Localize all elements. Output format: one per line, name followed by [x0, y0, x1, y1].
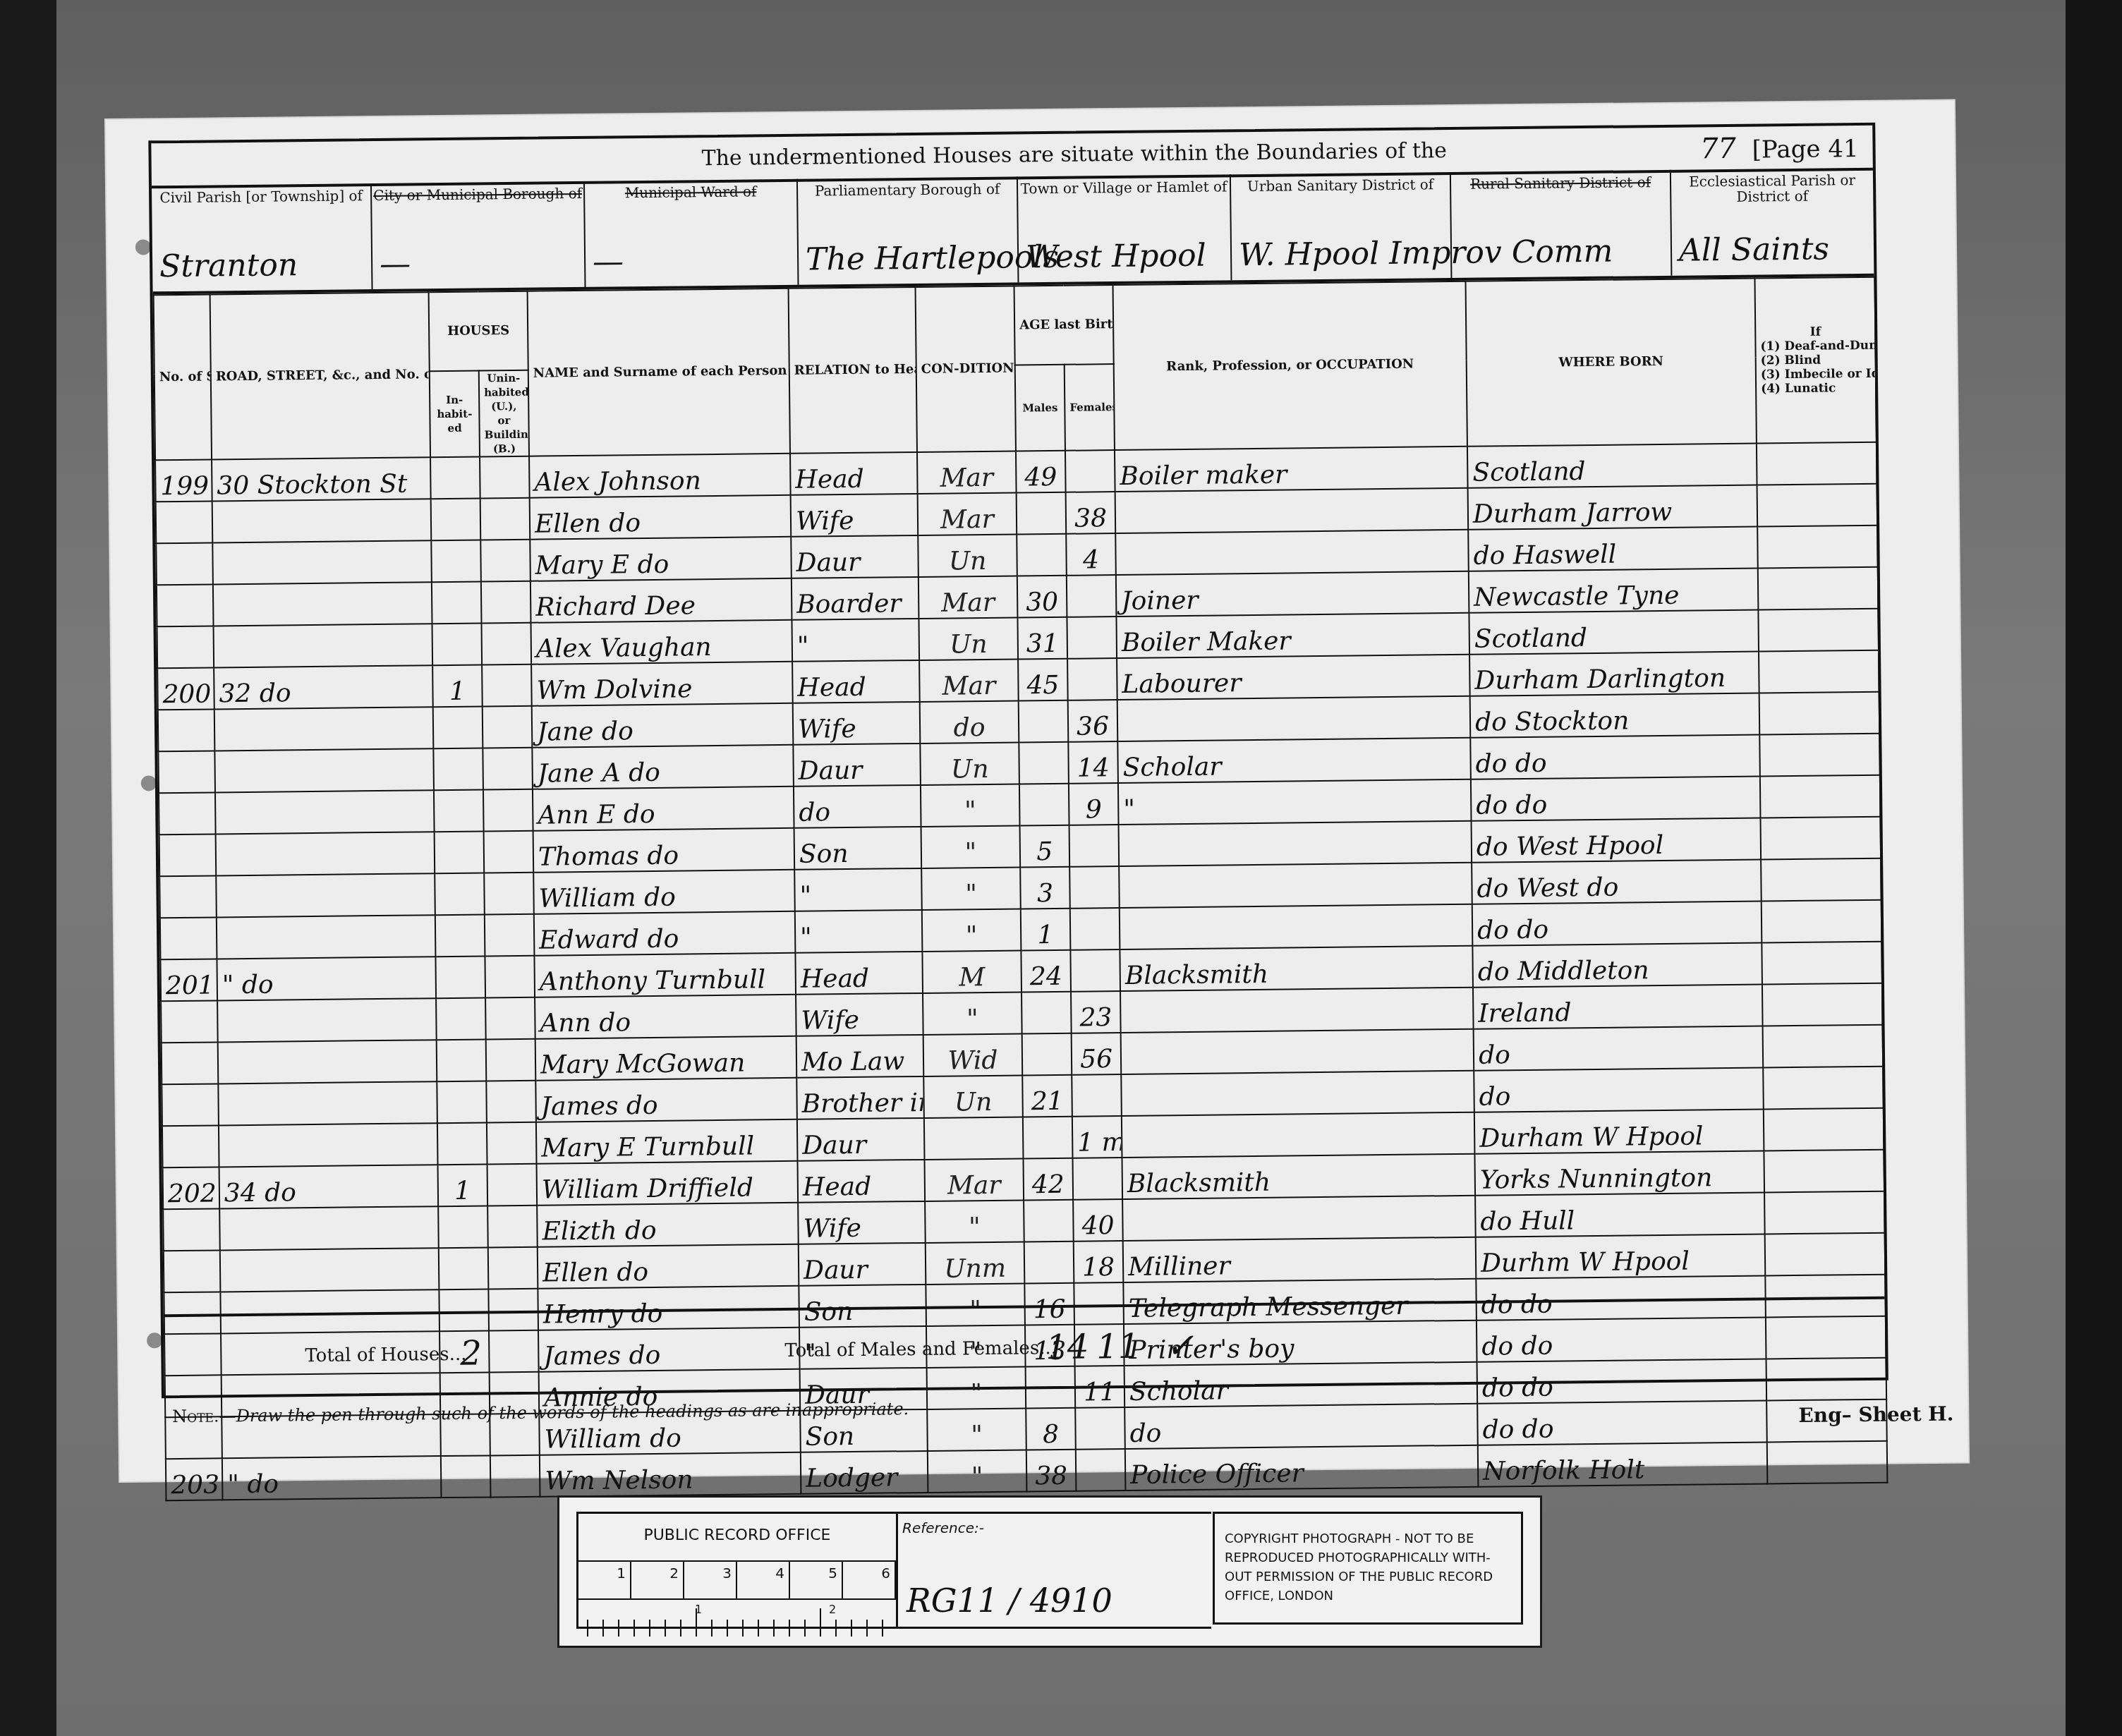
page-label: [Page 41	[1752, 135, 1859, 164]
cell-male: 45	[1018, 659, 1068, 701]
cell-condition: "	[927, 1408, 1026, 1450]
cell-female	[1070, 949, 1120, 992]
cell-inhabited	[437, 1122, 487, 1165]
cell-schedule	[160, 917, 217, 959]
cell-condition: Un	[920, 742, 1019, 784]
cell-condition: Wid	[923, 1033, 1023, 1076]
cell-condition: "	[921, 784, 1020, 826]
cell-uninhabited	[487, 1164, 538, 1206]
cell-inhabited	[433, 706, 483, 748]
cell-female: 40	[1073, 1199, 1123, 1242]
cell-condition: "	[928, 1450, 1027, 1492]
cell-uninhabited	[483, 706, 533, 748]
cell-inhabited	[437, 1039, 487, 1081]
cell-name: William do	[533, 870, 795, 914]
cell-born: Yorks Nunnington	[1474, 1151, 1764, 1195]
cell-male	[1019, 742, 1069, 784]
cell-male	[1024, 1200, 1074, 1242]
cell-born: do do	[1477, 1400, 1767, 1445]
cell-born: Durham W Hpool	[1474, 1109, 1764, 1153]
cell-born: do do	[1471, 776, 1761, 820]
cell-uninhabited	[484, 831, 534, 873]
cell-uninhabited	[486, 1039, 536, 1081]
cell-uninhabited	[481, 581, 531, 624]
check-mark-icon: ✓	[1165, 1326, 1194, 1366]
cell-female	[1069, 866, 1120, 909]
col-males: Males	[1015, 365, 1065, 451]
cell-inhabited: 1	[432, 664, 483, 707]
ruler-tick	[665, 1620, 666, 1637]
cell-born: do Hull	[1475, 1192, 1765, 1237]
cell-male	[1022, 1033, 1072, 1076]
cell-name: Richard Dee	[530, 578, 792, 623]
ruler-tick	[835, 1620, 837, 1637]
cell-inhabited	[431, 540, 481, 582]
cell-name: Jane A do	[532, 745, 794, 789]
cell-road	[213, 582, 432, 626]
cell-male: 8	[1026, 1408, 1076, 1450]
cell-name: Anthony Turnbull	[534, 953, 796, 997]
boundary-parliamentary-borough: Parliamentary Borough of The Hartlepools	[798, 176, 1019, 284]
ruler-tick	[820, 1608, 821, 1637]
col-age: AGE last Birthday of	[1014, 285, 1114, 365]
col-name: NAME and Surname of each Person	[528, 289, 790, 456]
cell-uninhabited	[483, 789, 533, 832]
page-title: The undermentioned Houses are situate wi…	[701, 138, 1447, 171]
cell-name: Mary E Turnbull	[536, 1119, 798, 1164]
boundaries-row: Civil Parish [or Township] of Stranton C…	[152, 168, 1874, 295]
col-houses: HOUSES	[429, 291, 528, 371]
punch-hole-icon	[147, 1333, 162, 1348]
cell-relation: Daur	[793, 743, 921, 787]
col-inhabited: In-habit-ed	[430, 370, 480, 457]
ruler-tick	[696, 1608, 697, 1637]
cell-female: 9	[1069, 783, 1119, 825]
cell-condition: Un	[918, 535, 1017, 577]
cell-occupation: Scholar	[1117, 738, 1471, 783]
cell-male: 38	[1026, 1450, 1077, 1492]
cell-schedule	[162, 1084, 219, 1126]
cell-born: do do	[1472, 901, 1762, 945]
cell-uninhabited	[490, 1455, 540, 1498]
col-condition: CON-DITION as to Marriage	[916, 286, 1016, 452]
cell-born: do	[1474, 1026, 1764, 1070]
cell-name: Ellen do	[530, 495, 792, 540]
ruler-tick	[587, 1620, 588, 1637]
cell-born: Norfolk Holt	[1478, 1442, 1768, 1486]
punch-hole-icon	[141, 775, 157, 791]
cell-infirmity	[1760, 775, 1881, 818]
cell-road	[214, 707, 434, 751]
cell-infirmity	[1758, 609, 1879, 652]
cell-infirmity	[1757, 442, 1877, 485]
cell-schedule	[163, 1208, 220, 1251]
cell-schedule	[158, 709, 215, 751]
cell-female	[1069, 825, 1120, 867]
cell-inhabited	[431, 498, 481, 540]
cell-schedule: 200	[157, 667, 214, 710]
cell-relation: "	[794, 868, 922, 911]
folio-number: 77	[1700, 133, 1736, 166]
cell-inhabited	[435, 914, 485, 957]
cell-road	[216, 873, 435, 917]
cell-infirmity	[1763, 1025, 1884, 1068]
cell-inhabited	[435, 873, 485, 915]
ruler-tick	[680, 1620, 681, 1637]
cell-infirmity	[1757, 484, 1878, 527]
cell-uninhabited	[487, 1122, 537, 1165]
header-row: No. of Schedule ROAD, STREET, &c., and N…	[154, 277, 1876, 375]
cell-inhabited	[433, 748, 483, 790]
cell-occupation: Boiler maker	[1115, 447, 1468, 492]
cell-name: Ann do	[535, 995, 796, 1039]
cell-occupation	[1119, 863, 1472, 908]
cell-uninhabited	[480, 498, 530, 540]
cell-road	[219, 1123, 438, 1167]
cell-female: 18	[1074, 1241, 1124, 1283]
cell-occupation	[1115, 530, 1469, 575]
cell-occupation	[1122, 1196, 1476, 1241]
cell-road	[220, 1248, 439, 1292]
cell-inhabited	[432, 581, 482, 624]
cell-condition: "	[921, 825, 1021, 868]
cell-schedule	[164, 1250, 221, 1292]
reference-panel: Reference:- RG11 / 4910	[894, 1512, 1211, 1629]
ruler-tick	[727, 1620, 728, 1637]
cell-road: 30 Stockton St	[212, 457, 431, 501]
cell-infirmity	[1767, 1441, 1888, 1484]
scan-border-left	[0, 0, 56, 1736]
total-houses-label: Total of Houses...	[305, 1344, 466, 1366]
cell-occupation: Joiner	[1116, 571, 1469, 617]
cell-male	[1017, 492, 1067, 535]
cell-condition: Mar	[925, 1158, 1024, 1201]
cell-condition: Unm	[926, 1242, 1025, 1284]
cell-male: 24	[1021, 950, 1071, 993]
cell-uninhabited	[488, 1247, 538, 1289]
cell-relation: Wife	[793, 702, 921, 745]
cell-uninhabited	[482, 623, 532, 665]
total-females-value: 11	[1096, 1327, 1140, 1367]
cell-infirmity	[1763, 1067, 1884, 1110]
cell-male	[1024, 1242, 1074, 1284]
cell-condition: Un	[918, 618, 1018, 660]
cell-infirmity	[1764, 1108, 1884, 1151]
cell-uninhabited	[485, 956, 535, 998]
ruler-tick	[866, 1620, 868, 1637]
cell-name: Mary McGowan	[535, 1036, 797, 1081]
cell-male	[1019, 784, 1069, 826]
ruler-tick	[742, 1620, 744, 1637]
cell-road	[214, 624, 433, 667]
cell-name: Jane do	[532, 703, 794, 748]
cell-female: 14	[1068, 741, 1118, 784]
office-name: PUBLIC RECORD OFFICE	[578, 1514, 896, 1562]
cell-born: do Middleton	[1472, 942, 1762, 987]
cell-road	[212, 499, 432, 542]
cell-schedule	[161, 1000, 218, 1043]
cell-relation: Mo Law	[796, 1035, 924, 1078]
cell-condition: Mar	[918, 493, 1017, 535]
copyright-notice: COPYRIGHT PHOTOGRAPH - NOT TO BE REPRODU…	[1213, 1512, 1523, 1625]
boundary-ecclesiastical-parish: Ecclesiastical Parish or District of All…	[1671, 168, 1874, 276]
cell-uninhabited	[483, 748, 533, 790]
cell-condition: Mar	[918, 576, 1018, 619]
cell-female	[1075, 1407, 1125, 1450]
cell-occupation	[1117, 696, 1471, 741]
ruler-inches: 1 2	[578, 1600, 896, 1637]
cell-male: 42	[1024, 1158, 1074, 1201]
boundary-municipal-ward: Municipal Ward of —	[585, 179, 799, 287]
cell-road: 34 do	[219, 1165, 439, 1208]
cell-born: Durham Jarrow	[1468, 485, 1758, 530]
cell-infirmity	[1759, 734, 1880, 777]
cell-relation: Wife	[798, 1201, 926, 1244]
cell-inhabited	[439, 1247, 489, 1289]
cell-infirmity	[1761, 858, 1881, 902]
boundary-rural-sanitary: Rural Sanitary District of	[1451, 170, 1673, 278]
cell-inhabited	[436, 997, 486, 1040]
cell-female	[1067, 617, 1117, 659]
cell-uninhabited	[486, 1081, 536, 1123]
cell-occupation	[1122, 1112, 1475, 1158]
cell-relation: "	[795, 910, 923, 953]
cell-inhabited	[441, 1455, 491, 1498]
cell-female	[1073, 1158, 1123, 1200]
cell-infirmity	[1761, 817, 1881, 860]
cell-male: 30	[1017, 576, 1067, 618]
cell-relation: Lodger	[801, 1451, 928, 1494]
cell-occupation	[1115, 488, 1469, 533]
cell-name: Ellen do	[538, 1244, 799, 1289]
cell-occupation	[1120, 904, 1473, 949]
cell-occupation: Blacksmith	[1122, 1154, 1476, 1199]
reference-label: Reference:-	[902, 1519, 984, 1536]
col-infirmity: If (1) Deaf-and-Dumb (2) Blind (3) Imbec…	[1755, 277, 1877, 444]
cell-occupation: Labourer	[1117, 655, 1470, 700]
cell-name: Thomas do	[533, 828, 795, 873]
cell-born: Durhm W Hpool	[1476, 1234, 1766, 1278]
cell-condition: "	[921, 867, 1021, 909]
cell-infirmity	[1762, 983, 1883, 1026]
cell-road	[219, 1206, 439, 1250]
census-sheet: The undermentioned Houses are situate wi…	[106, 101, 1968, 1481]
cell-road	[214, 748, 434, 792]
cell-born: do	[1474, 1067, 1764, 1112]
cell-schedule	[156, 501, 213, 543]
cell-relation: Daur	[791, 535, 918, 578]
cell-schedule	[157, 626, 214, 668]
cell-schedule	[162, 1125, 219, 1167]
cell-relation: Daur	[799, 1243, 926, 1286]
cell-condition: do	[920, 700, 1019, 743]
cell-occupation: "	[1118, 779, 1472, 825]
cell-infirmity	[1758, 567, 1879, 610]
cell-schedule: 199	[155, 459, 212, 502]
cell-name: Edward do	[534, 911, 796, 956]
cell-born: do Stockton	[1470, 693, 1760, 738]
cell-condition	[924, 1117, 1024, 1159]
cell-male: 1	[1021, 909, 1071, 951]
cell-born: do do	[1470, 734, 1760, 779]
page-number: 77 [Page 41	[1700, 131, 1859, 165]
cell-name: Alex Vaughan	[531, 620, 793, 664]
cell-relation: Brother in Law	[796, 1076, 924, 1119]
cell-relation: "	[792, 619, 919, 662]
cell-name: William Driffield	[537, 1161, 799, 1206]
ruler-tick	[602, 1620, 604, 1637]
cell-male: 5	[1020, 825, 1070, 868]
cell-name: Wm Nelson	[540, 1452, 801, 1497]
ruler-tick	[633, 1620, 635, 1637]
cell-road	[215, 790, 435, 834]
cell-born: Durham Darlington	[1469, 652, 1759, 696]
cell-inhabited: 1	[438, 1164, 488, 1206]
cell-relation: Boarder	[792, 577, 919, 620]
cell-schedule: 202	[163, 1167, 220, 1209]
cell-schedule	[159, 792, 216, 834]
cell-occupation	[1121, 1029, 1474, 1074]
cell-inhabited	[435, 956, 485, 998]
cell-uninhabited	[480, 540, 530, 582]
cell-born: Newcastle Tyne	[1469, 569, 1759, 613]
cell-infirmity	[1765, 1233, 1886, 1276]
boundary-civil-parish: Civil Parish [or Township] of Stranton	[152, 183, 373, 291]
cell-relation: Head	[792, 660, 920, 703]
cell-condition: M	[922, 950, 1021, 993]
cell-uninhabited	[484, 873, 534, 915]
ruler-tick	[649, 1620, 650, 1637]
cell-condition: Un	[923, 1075, 1023, 1117]
cell-name: Alex Johnson	[529, 454, 791, 498]
cell-road	[218, 1081, 437, 1125]
cell-infirmity	[1762, 900, 1882, 943]
cell-road: " do	[222, 1456, 442, 1500]
cell-female: 38	[1066, 492, 1116, 534]
cell-infirmity	[1764, 1150, 1884, 1193]
ruler-tick	[789, 1620, 790, 1637]
cell-male: 49	[1016, 451, 1066, 493]
cell-road	[212, 540, 432, 584]
col-occupation: Rank, Profession, or OCCUPATION	[1113, 281, 1467, 450]
cell-infirmity	[1759, 692, 1880, 735]
cell-male	[1021, 992, 1072, 1034]
total-males-value: 14	[1045, 1328, 1089, 1368]
col-where-born: WHERE BORN	[1466, 279, 1757, 447]
cell-male: 21	[1022, 1075, 1072, 1117]
cell-uninhabited	[485, 997, 535, 1040]
cell-occupation: Boiler Maker	[1116, 613, 1469, 658]
cell-relation: Son	[794, 827, 922, 870]
cell-inhabited	[432, 623, 483, 665]
cell-relation: Wife	[791, 494, 918, 537]
cell-occupation: Milliner	[1123, 1237, 1477, 1282]
cell-road	[217, 998, 437, 1042]
cell-name: Wm Dolvine	[531, 662, 793, 706]
ruler-tick	[758, 1620, 759, 1637]
cell-infirmity	[1759, 650, 1879, 693]
cell-condition: Mar	[919, 660, 1019, 702]
cell-relation: Head	[795, 952, 923, 995]
cell-occupation	[1121, 1071, 1474, 1116]
cell-road	[217, 915, 436, 959]
punch-hole-icon	[135, 239, 151, 255]
cell-female: 23	[1071, 991, 1121, 1033]
cell-inhabited	[430, 456, 480, 499]
cell-occupation	[1119, 821, 1472, 866]
scan-border-right	[2066, 0, 2122, 1736]
cell-female	[1065, 450, 1115, 492]
cell-name: Ann E do	[533, 787, 794, 831]
cell-name: Mary E do	[530, 537, 792, 581]
col-relation: RELATION to Head of Family	[789, 287, 917, 454]
cell-female: 4	[1066, 533, 1116, 576]
cell-condition: Mar	[917, 451, 1017, 494]
ruler-tick	[711, 1620, 713, 1637]
cell-inhabited	[437, 1081, 487, 1123]
cell-male: 3	[1020, 867, 1070, 909]
cell-name: James do	[535, 1078, 797, 1122]
record-office-label: PUBLIC RECORD OFFICE 1 2 3 4 5 6 1 2 Ref…	[557, 1495, 1542, 1648]
sheet-id: Eng– Sheet H.	[1798, 1402, 1953, 1427]
cell-female	[1067, 575, 1117, 617]
cell-schedule	[157, 584, 214, 626]
cell-road	[218, 1040, 437, 1084]
cell-female: 56	[1072, 1033, 1122, 1075]
cell-female: 1 mo	[1072, 1116, 1122, 1158]
cell-uninhabited	[482, 664, 532, 707]
cell-schedule	[156, 542, 213, 585]
cell-inhabited	[434, 789, 484, 832]
cell-occupation: Blacksmith	[1120, 946, 1473, 991]
cell-schedule	[162, 1042, 219, 1084]
cell-schedule	[158, 751, 215, 793]
ruler-tick	[882, 1620, 883, 1637]
cell-uninhabited	[487, 1206, 538, 1248]
col-schedule: No. of Schedule	[154, 294, 212, 460]
cell-male	[1017, 534, 1067, 576]
census-form: The undermentioned Houses are situate wi…	[148, 123, 1888, 1399]
cell-road	[216, 832, 435, 875]
boundary-town-village: Town or Village or Hamlet of West Hpool	[1018, 174, 1232, 282]
cell-schedule	[159, 834, 217, 876]
cell-born: do West Hpool	[1472, 818, 1762, 862]
total-houses-value: 2	[460, 1334, 482, 1373]
cell-occupation	[1120, 988, 1474, 1033]
cell-name: Elizth do	[537, 1203, 799, 1247]
cell-female	[1070, 908, 1120, 950]
ruler-panel: PUBLIC RECORD OFFICE 1 2 3 4 5 6 1 2	[576, 1512, 898, 1629]
cell-occupation: Police Officer	[1125, 1445, 1479, 1491]
cell-male	[1023, 1117, 1073, 1159]
cell-relation: Wife	[796, 993, 923, 1036]
cell-relation: Head	[798, 1160, 926, 1203]
total-persons-label: Total of Males and Females...	[784, 1337, 1057, 1361]
cell-infirmity	[1764, 1191, 1885, 1234]
ruler-tick	[773, 1620, 775, 1637]
cell-born: Scotland	[1467, 444, 1757, 488]
cell-uninhabited	[480, 456, 530, 499]
cell-female	[1072, 1074, 1122, 1117]
cell-female: 36	[1068, 700, 1118, 742]
cell-condition: "	[925, 1200, 1024, 1242]
ruler-cm: 1 2 3 4 5 6	[578, 1562, 896, 1600]
cell-relation: Head	[790, 452, 918, 495]
cell-male	[1019, 700, 1069, 743]
cell-road: 32 do	[214, 665, 433, 709]
cell-born: Scotland	[1469, 610, 1759, 655]
cell-schedule	[159, 875, 217, 918]
